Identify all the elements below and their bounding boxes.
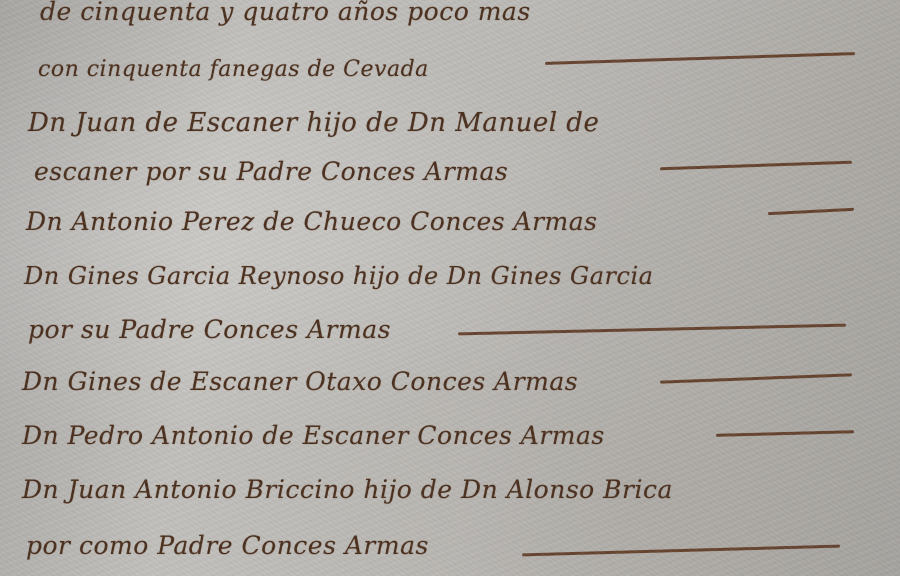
line-text: Dn Antonio Perez de Chueco Conces Armas (26, 207, 597, 236)
manuscript-line-8: Dn Gines de Escaner Otaxo Conces Armas (22, 356, 578, 396)
line-text: Dn Pedro Antonio de Escaner Conces Armas (22, 421, 605, 450)
line-text: Dn Juan de Escaner hijo de Dn Manuel de (28, 108, 599, 138)
manuscript-line-2: con cinquenta fanegas de Cevada (38, 42, 429, 82)
manuscript-page: de cinquenta y quatro años poco mas con … (0, 0, 900, 576)
manuscript-line-3: Dn Juan de Escaner hijo de Dn Manuel de (28, 98, 599, 138)
line-fill-rule (768, 208, 854, 215)
line-text: Dn Gines de Escaner Otaxo Conces Armas (22, 367, 578, 396)
line-text: con cinquenta fanegas de Cevada (38, 57, 429, 82)
line-fill-rule (660, 373, 852, 383)
line-fill-rule (458, 324, 846, 336)
line-text: Dn Gines Garcia Reynoso hijo de Dn Gines… (24, 262, 653, 290)
manuscript-line-7: por su Padre Conces Armas (28, 304, 391, 344)
manuscript-line-9: Dn Pedro Antonio de Escaner Conces Armas (22, 410, 605, 450)
line-text: Dn Juan Antonio Briccino hijo de Dn Alon… (22, 475, 673, 504)
line-text: por como Padre Conces Armas (26, 531, 429, 560)
manuscript-line-6: Dn Gines Garcia Reynoso hijo de Dn Gines… (24, 250, 653, 290)
line-fill-rule (660, 161, 852, 171)
manuscript-line-1: de cinquenta y quatro años poco mas (40, 0, 531, 26)
line-text: por su Padre Conces Armas (28, 315, 391, 344)
line-fill-rule (522, 545, 840, 557)
manuscript-line-10: Dn Juan Antonio Briccino hijo de Dn Alon… (22, 464, 673, 504)
manuscript-line-4: escaner por su Padre Conces Armas (34, 146, 508, 186)
manuscript-line-5: Dn Antonio Perez de Chueco Conces Armas (26, 196, 597, 236)
manuscript-line-11: por como Padre Conces Armas (26, 520, 429, 560)
line-text: escaner por su Padre Conces Armas (34, 157, 508, 186)
line-fill-rule (716, 430, 854, 437)
line-text: de cinquenta y quatro años poco mas (40, 0, 531, 26)
line-fill-rule (545, 52, 855, 65)
